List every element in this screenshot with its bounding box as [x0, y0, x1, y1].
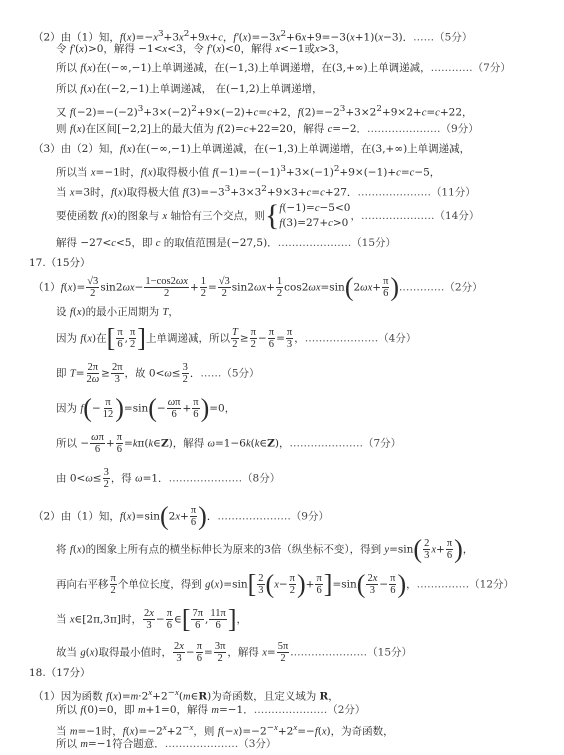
score-mark: …………………（9分）: [367, 123, 479, 135]
q17-part2-line5: 故当 g(x)取得最小值时，2x3−π6=3π2，解得 x=5π2.…………………: [56, 641, 412, 664]
score-mark: ……（5分）: [200, 368, 259, 380]
q17-part2-line3: 再向右平移π2个单位长度，得到 g(x)=sin[23(x−π2)+π6]=si…: [56, 573, 514, 596]
q17-part1-line5: 因为 f(−π12)=sin(−ωπ6+π6)=0，: [56, 397, 235, 420]
q18-part1-line2: 所以 f(0)=0，即 m+1=0，解得 m=−1．…………………（2分）: [56, 704, 365, 717]
score-mark: ……………（12分）: [417, 579, 514, 591]
q16-part2-line6: 则 f(x)在区间[−2,2]上的最大值为 f(2)=c+22=20，解得 c=…: [56, 123, 479, 136]
part-label: （2）: [33, 511, 61, 523]
q18-part1-line1: （1）因为函数 f(x)=m·2x+2−x(m∈R)为奇函数，且定义域为 R，: [33, 686, 339, 704]
score-mark: …………………（15分）: [278, 237, 396, 249]
q17-part1-line6: 所以 −ωπ6+π6=kπ(k∈Z)，解得 ω=1−6k(k∈Z)，…………………: [56, 432, 401, 455]
score-mark: …………………（4分）: [305, 333, 417, 345]
q16-part2-line4: 所以 f(x)在(−2,−1)上单调递减， 在(−1,2)上单调递增，: [56, 83, 323, 96]
score-mark: …………………（2分）: [254, 704, 366, 716]
part-label: （3）: [33, 143, 61, 155]
score-mark: …………………（14分）: [361, 210, 479, 222]
q16-part2-line5: 又 f(−2)=−(−2)3+3×(−2)2+9×(−2)+c=c+2，f(2)…: [56, 103, 473, 120]
q17-part1-line7: 由 0<ω≤32，得 ω=1．…………………（8分）: [56, 467, 280, 490]
q17-part2-line1: （2）由（1）知，f(x)=sin(2x+π6)．…………………（9分）: [33, 505, 329, 528]
q16-part2-line2: 令 f′(x)>0，解得 −1<x<3，令 f′(x)<0，解得 x<−1或x>…: [56, 43, 346, 56]
q16-part3-line5: 解得 −27<c<5，即 c 的取值范围是(−27,5)．…………………（15分…: [56, 237, 396, 250]
score-mark: ……（5分）: [413, 32, 472, 44]
score-mark: …………（7分）: [431, 62, 511, 74]
score-mark: …………………（3分）: [165, 738, 277, 750]
q18-part1-line3: 当 m=−1时，f(x)=−2x+2−x，则 f(−x)=−2−x+2x=−f(…: [56, 721, 394, 739]
q17-part2-line4: 当 x∈[2π,3π]时，2x3−π6∈[7π6,11π6]，: [56, 608, 247, 631]
q17-part1-line1: （1）f(x)=√32sin2ωx−1−cos2ωx2+12=√32sin2ωx…: [33, 276, 483, 299]
q16-part3-line2: 所以当 x=−1时，f(x)取得极小值 f(−1)=−(−1)3+3×(−1)2…: [56, 163, 440, 180]
q16-part3-line4: 要使函数 f(x)的图象与 x 轴恰有三个交点，则{f(−1)=c−5<0f(3…: [56, 201, 479, 231]
part-label: （1）: [33, 691, 61, 703]
q16-part2-line3: 所以 f(x)在(−∞,−1)上单调递减，在(−1,3)上单调递增，在(3,+∞…: [56, 62, 511, 75]
q17-part1-line4: 即 T=2π2ω≥2π3，故 0<ω≤32．……（5分）: [56, 362, 260, 385]
q16-part3-line3: 当 x=3时，f(x)取得极大值 f(3)=−33+3×32+9×3+c=c+2…: [56, 183, 476, 200]
score-mark: …………………（15分）: [294, 647, 412, 659]
q18-header: 18.（17分）: [29, 667, 91, 680]
q17-part1-line2: 设 f(x)的最小正周期为 T，: [56, 306, 179, 319]
q16-part3-line1: （3）由（2）知，f(x)在(−∞,−1)上单调递减，在(−1,3)上单调递增，…: [33, 143, 470, 156]
q17-part1-line3: 因为 f(x)在[π6,π2]上单调递减，所以T2≥π2−π6=π3，………………: [56, 327, 416, 350]
score-mark: …………………（9分）: [217, 511, 329, 523]
score-mark: …………………（8分）: [169, 473, 281, 485]
q17-header: 17.（15分）: [29, 257, 91, 270]
part-label: （2）由（1）知，: [33, 32, 120, 44]
q17-part2-line2: 将 f(x)的图象上所有点的横坐标伸长为原来的3倍（纵坐标不变），得到 y=si…: [56, 538, 473, 561]
part-label: （1）: [33, 282, 61, 294]
score-mark: …………………（7分）: [289, 438, 401, 450]
score-mark: …………（2分）: [402, 282, 482, 294]
q18-part1-line4: 所以 m=−1符合题意．…………………（3分）: [56, 738, 276, 751]
score-mark: …………………（11分）: [357, 187, 475, 199]
